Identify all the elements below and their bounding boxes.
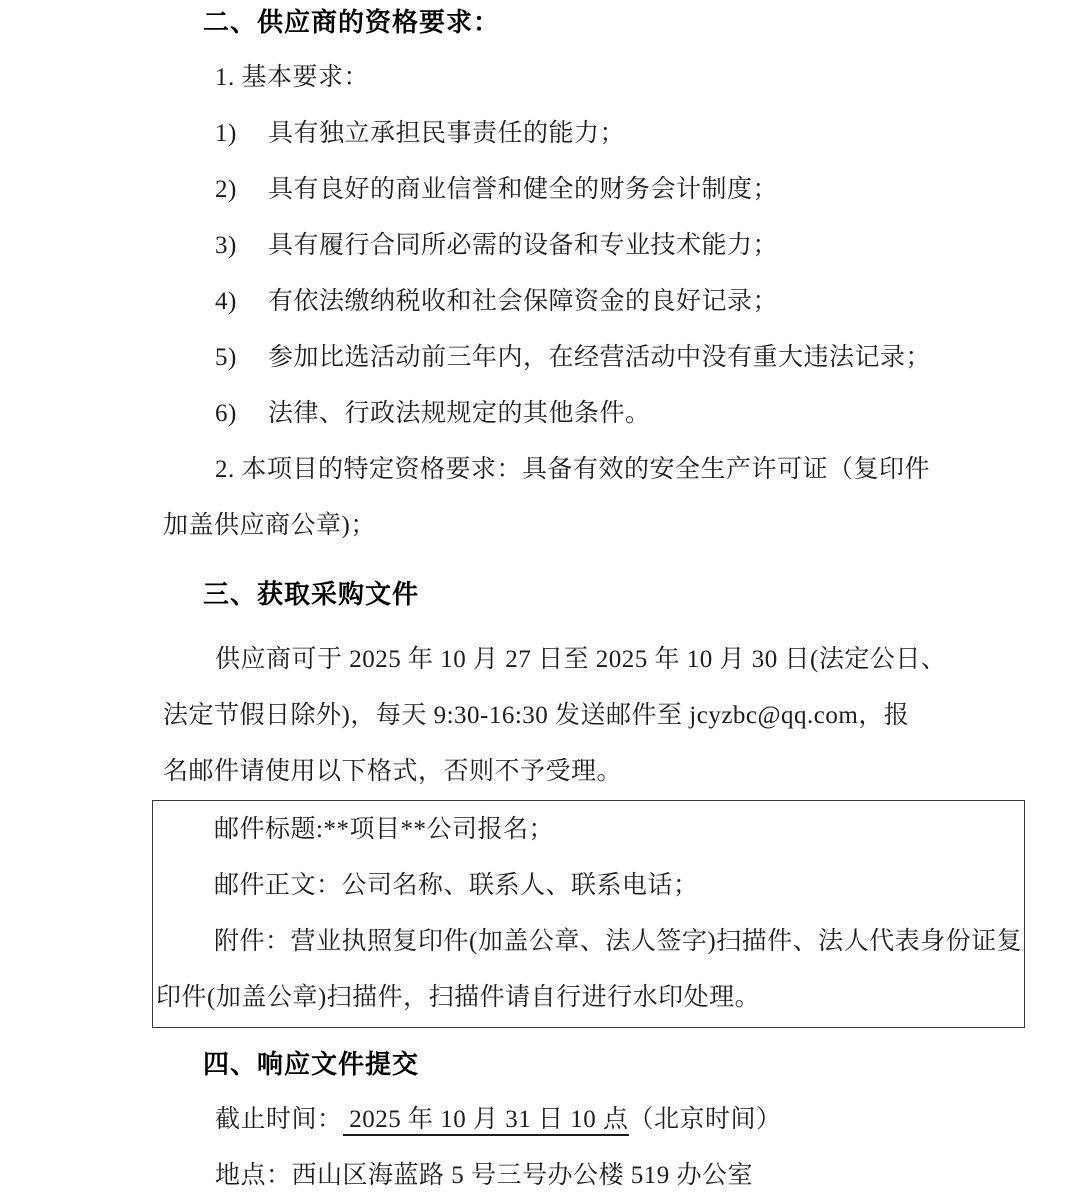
deadline-line: 截止时间： 2025 年 10 月 31 日 10 点（北京时间） bbox=[215, 1092, 1024, 1148]
requirement-item-5-text: 参加比选活动前三年内，在经营活动中没有重大违法记录； bbox=[268, 344, 931, 371]
email-attachment-line-1: 附件：营业执照复印件(加盖公章、法人签字)扫描件、法人代表身份证复 bbox=[214, 914, 1022, 970]
location-line: 地点：西山区海蓝路 5 号三号办公楼 519 办公室 bbox=[215, 1148, 1024, 1197]
requirement-item-6-number: 6) bbox=[215, 386, 268, 442]
obtain-paragraph-line-3: 名邮件请使用以下格式，否则不予受理。 bbox=[163, 744, 1024, 800]
requirement-item-4-text: 有依法缴纳税收和社会保障资金的良好记录； bbox=[268, 288, 778, 315]
requirement-item-2-number: 2) bbox=[215, 162, 268, 218]
obtain-paragraph-line-2: 法定节假日除外)，每天 9:30-16:30 发送邮件至 jcyzbc@qq.c… bbox=[163, 688, 1024, 744]
requirement-item-2: 2)具有良好的商业信誉和健全的财务会计制度； bbox=[215, 162, 1024, 218]
requirement-item-1: 1)具有独立承担民事责任的能力； bbox=[215, 106, 1024, 162]
requirement-item-5-number: 5) bbox=[215, 330, 268, 386]
requirement-item-1-text: 具有独立承担民事责任的能力； bbox=[268, 120, 625, 147]
requirement-item-3-number: 3) bbox=[215, 218, 268, 274]
deadline-suffix: （北京时间） bbox=[629, 1106, 782, 1133]
email-subject-line: 邮件标题:**项目**公司报名； bbox=[214, 802, 1022, 858]
basic-requirements-label: 1. 基本要求： bbox=[215, 50, 1024, 106]
section-heading-supplier-qualifications: 二、供应商的资格要求： bbox=[203, 0, 1024, 50]
requirement-item-6: 6)法律、行政法规规定的其他条件。 bbox=[215, 386, 1024, 442]
deadline-date-underlined: 2025 年 10 月 31 日 10 点 bbox=[343, 1106, 629, 1136]
section-heading-response-submission: 四、响应文件提交 bbox=[203, 1036, 1024, 1092]
obtain-paragraph-line-1: 供应商可于 2025 年 10 月 27 日至 2025 年 10 月 30 日… bbox=[215, 632, 1024, 688]
requirement-item-3-text: 具有履行合同所必需的设备和专业技术能力； bbox=[268, 232, 778, 259]
email-format-box: 邮件标题:**项目**公司报名； 邮件正文：公司名称、联系人、联系电话； 附件：… bbox=[152, 800, 1025, 1028]
requirement-item-4: 4)有依法缴纳税收和社会保障资金的良好记录； bbox=[215, 274, 1024, 330]
requirement-item-1-number: 1) bbox=[215, 106, 268, 162]
requirement-item-5: 5)参加比选活动前三年内，在经营活动中没有重大违法记录； bbox=[215, 330, 1024, 386]
section-heading-obtain-documents: 三、获取采购文件 bbox=[203, 566, 1024, 622]
special-qualification-line-2: 加盖供应商公章)； bbox=[163, 498, 1024, 554]
requirement-item-2-text: 具有良好的商业信誉和健全的财务会计制度； bbox=[268, 176, 778, 203]
deadline-label: 截止时间： bbox=[215, 1106, 343, 1133]
special-qualification-line-1: 2. 本项目的特定资格要求：具备有效的安全生产许可证（复印件 bbox=[215, 442, 1024, 498]
requirement-item-4-number: 4) bbox=[215, 274, 268, 330]
email-attachment-line-2: 印件(加盖公章)扫描件，扫描件请自行进行水印处理。 bbox=[156, 970, 1022, 1026]
requirement-item-6-text: 法律、行政法规规定的其他条件。 bbox=[268, 400, 651, 427]
email-body-line: 邮件正文：公司名称、联系人、联系电话； bbox=[214, 858, 1022, 914]
requirement-item-3: 3)具有履行合同所必需的设备和专业技术能力； bbox=[215, 218, 1024, 274]
document-page: 二、供应商的资格要求： 1. 基本要求： 1)具有独立承担民事责任的能力； 2)… bbox=[0, 0, 1074, 1197]
